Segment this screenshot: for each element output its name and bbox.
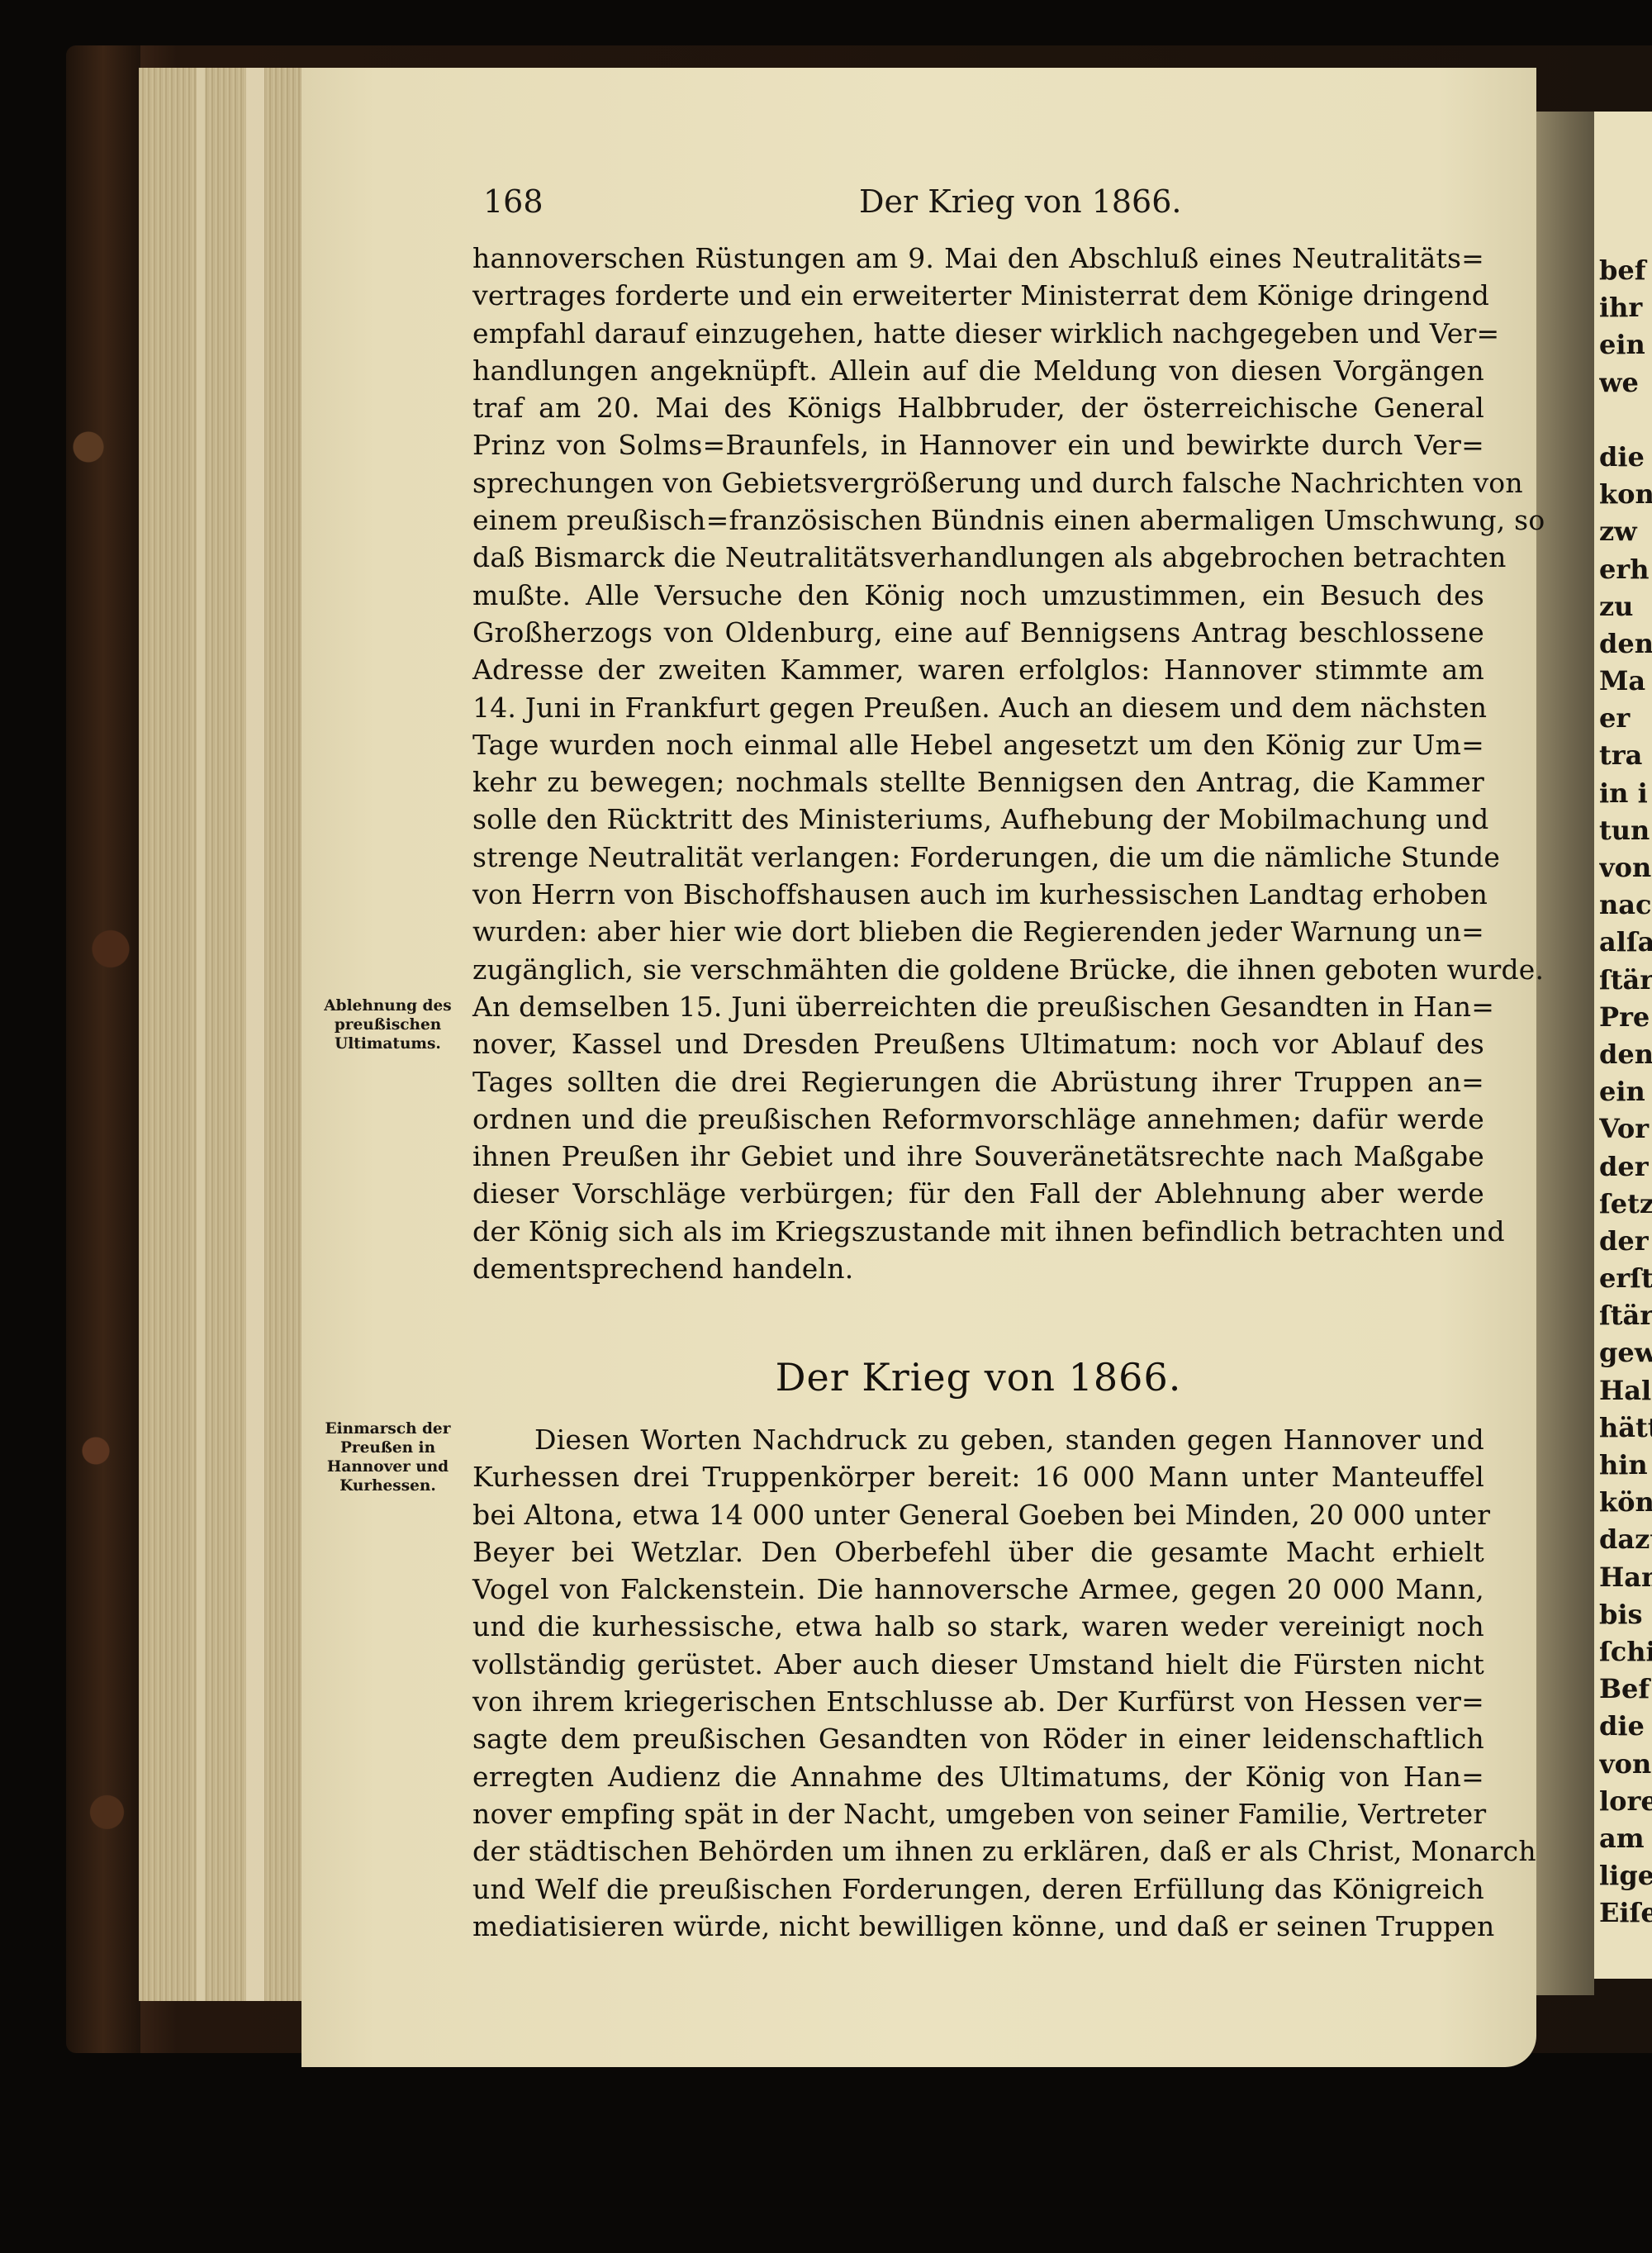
- facing-page-line: von: [1599, 849, 1652, 886]
- facing-page-line: die: [1599, 1708, 1652, 1745]
- marginal-line: Hannover und: [316, 1457, 460, 1476]
- facing-page-line: Ma: [1599, 663, 1652, 700]
- text-line: dementsprechend handeln.: [472, 1250, 1484, 1287]
- facing-page-line: die: [1599, 439, 1652, 476]
- text-line: dieser Vorschläge verbürgen; für den Fal…: [472, 1175, 1484, 1212]
- facing-page-line: Eiſe: [1599, 1894, 1652, 1932]
- facing-page-line: bef: [1599, 252, 1652, 289]
- facing-page-line: den: [1599, 1036, 1652, 1073]
- facing-page-line: ein: [1599, 326, 1652, 364]
- gutter-shadow: [1536, 112, 1594, 1995]
- facing-page-line: gew: [1599, 1334, 1652, 1371]
- facing-page-line: ſtär: [1599, 962, 1652, 999]
- facing-page-line: ihr: [1599, 289, 1652, 326]
- text-line: empfahl darauf einzugehen, hatte dieser …: [472, 315, 1484, 352]
- running-head: 168 Der Krieg von 1866.: [483, 183, 1483, 225]
- facing-page-line: lige: [1599, 1857, 1652, 1894]
- text-line: Kurhessen drei Truppenkörper bereit: 16 …: [472, 1458, 1484, 1495]
- facing-page-line: erſt: [1599, 1260, 1652, 1297]
- text-line: ihnen Preußen ihr Gebiet und ihre Souver…: [472, 1138, 1484, 1175]
- facing-page-line: kon: [1599, 476, 1652, 513]
- text-line: kehr zu bewegen; nochmals stellte Bennig…: [472, 763, 1484, 801]
- text-line: zugänglich, sie verschmähten die goldene…: [472, 951, 1484, 988]
- marginal-line: Ultimatums.: [316, 1034, 460, 1053]
- text-line: und Welf die preußischen Forderungen, de…: [472, 1870, 1484, 1908]
- running-title: Der Krieg von 1866.: [859, 183, 1181, 220]
- facing-page-line: we: [1599, 364, 1652, 402]
- facing-page-line: dazu: [1599, 1521, 1652, 1558]
- text-line: Großherzogs von Oldenburg, eine auf Benn…: [472, 614, 1484, 651]
- section-heading: Der Krieg von 1866.: [472, 1355, 1484, 1400]
- text-line: sprechungen von Gebietsvergrößerung und …: [472, 464, 1484, 501]
- facing-page-line: ſchi: [1599, 1633, 1652, 1671]
- facing-page-line: ſetzt: [1599, 1186, 1652, 1223]
- text-line: 14. Juni in Frankfurt gegen Preußen. Auc…: [472, 689, 1484, 726]
- text-line: Tages sollten die drei Regierungen die A…: [472, 1063, 1484, 1100]
- text-line: Tage wurden noch einmal alle Hebel anges…: [472, 726, 1484, 763]
- text-line: erregten Audienz die Annahme des Ultimat…: [472, 1758, 1484, 1795]
- marginal-line: Preußen in: [316, 1438, 460, 1457]
- marginal-line: Ablehnung des: [316, 996, 460, 1015]
- facing-page-line: bis: [1599, 1596, 1652, 1633]
- marginal-line: Kurhessen.: [316, 1476, 460, 1495]
- text-line: Vogel von Falckenstein. Die hannoversche…: [472, 1571, 1484, 1608]
- facing-page-line: alſa: [1599, 924, 1652, 961]
- text-line: Prinz von Solms=Braunfels, in Hannover e…: [472, 426, 1484, 463]
- facing-page-text: befihreinwediekonzwerhzudenMaertrain itu…: [1599, 252, 1652, 1932]
- facing-page-line: am: [1599, 1820, 1652, 1857]
- text-line: nover empfing spät in der Nacht, umgeben…: [472, 1795, 1484, 1832]
- marginal-line: Einmarsch der: [316, 1419, 460, 1438]
- facing-page-line: tra: [1599, 737, 1652, 774]
- facing-page-line: Han: [1599, 1559, 1652, 1596]
- facing-page-line: zw: [1599, 513, 1652, 550]
- text-line: An demselben 15. Juni überreichten die p…: [472, 988, 1484, 1025]
- paragraph-2: Diesen Worten Nachdruck zu geben, stande…: [472, 1421, 1484, 1945]
- text-line: hannoverschen Rüstungen am 9. Mai den Ab…: [472, 240, 1484, 277]
- page-number: 168: [483, 183, 544, 220]
- facing-page-line: von: [1599, 1746, 1652, 1783]
- text-line: mußte. Alle Versuche den König noch umzu…: [472, 577, 1484, 614]
- marginal-line: preußischen: [316, 1015, 460, 1034]
- text-line: vertrages forderte und ein erweiterter M…: [472, 277, 1484, 314]
- facing-page-line: könn: [1599, 1484, 1652, 1521]
- marginal-note-ultimatum: Ablehnung des preußischen Ultimatums.: [316, 996, 460, 1053]
- text-line: Adresse der zweiten Kammer, waren erfolg…: [472, 651, 1484, 688]
- facing-page-line: er: [1599, 700, 1652, 737]
- text-line: ordnen und die preußischen Reformvorschl…: [472, 1100, 1484, 1138]
- facing-page-line: Bef: [1599, 1671, 1652, 1708]
- page-edges: [139, 68, 304, 2001]
- facing-page-line: Hal: [1599, 1372, 1652, 1409]
- text-line: vollständig gerüstet. Aber auch dieser U…: [472, 1646, 1484, 1683]
- text-line: mediatisieren würde, nicht bewilligen kö…: [472, 1908, 1484, 1945]
- text-line: von Herrn von Bischoffshausen auch im ku…: [472, 876, 1484, 913]
- facing-page-line: hin: [1599, 1447, 1652, 1484]
- facing-page-line: erh: [1599, 551, 1652, 588]
- text-line: sagte dem preußischen Gesandten von Röde…: [472, 1720, 1484, 1757]
- paragraph-1: hannoverschen Rüstungen am 9. Mai den Ab…: [472, 240, 1484, 1287]
- marginal-note-invasion: Einmarsch der Preußen in Hannover und Ku…: [316, 1419, 460, 1495]
- facing-page-line: der: [1599, 1148, 1652, 1186]
- facing-page-line: zu: [1599, 588, 1652, 625]
- facing-page-line: hätt: [1599, 1409, 1652, 1447]
- facing-page-line: in i: [1599, 775, 1652, 812]
- text-line: traf am 20. Mai des Königs Halbbruder, d…: [472, 389, 1484, 426]
- text-line: wurden: aber hier wie dort blieben die R…: [472, 913, 1484, 950]
- text-line: nover, Kassel und Dresden Preußens Ultim…: [472, 1025, 1484, 1062]
- text-line: daß Bismarck die Neutralitätsverhandlung…: [472, 539, 1484, 576]
- text-line: und die kurhessische, etwa halb so stark…: [472, 1608, 1484, 1645]
- facing-page-line: Vor: [1599, 1110, 1652, 1148]
- facing-page-line: nac: [1599, 886, 1652, 924]
- text-line: einem preußisch=französischen Bündnis ei…: [472, 501, 1484, 539]
- book-cover-edge: [66, 45, 140, 2053]
- text-line: handlungen angeknüpft. Allein auf die Me…: [472, 352, 1484, 389]
- facing-page-line: Pre: [1599, 999, 1652, 1036]
- text-line: strenge Neutralität verlangen: Forderung…: [472, 839, 1484, 876]
- text-line: bei Altona, etwa 14 000 unter General Go…: [472, 1496, 1484, 1533]
- text-line: der städtischen Behörden um ihnen zu erk…: [472, 1832, 1484, 1870]
- page-edge-gap: [246, 68, 264, 2001]
- facing-page-line: [1599, 402, 1652, 439]
- facing-page-line: lore: [1599, 1783, 1652, 1820]
- text-line: Diesen Worten Nachdruck zu geben, stande…: [472, 1421, 1484, 1458]
- text-line: von ihrem kriegerischen Entschlusse ab. …: [472, 1683, 1484, 1720]
- text-line: der König sich als im Kriegszustande mit…: [472, 1213, 1484, 1250]
- facing-page-line: der: [1599, 1223, 1652, 1260]
- facing-page-line: ein: [1599, 1073, 1652, 1110]
- text-line: solle den Rücktritt des Ministeriums, Au…: [472, 801, 1484, 838]
- facing-page-line: den: [1599, 625, 1652, 663]
- text-line: Beyer bei Wetzlar. Den Oberbefehl über d…: [472, 1533, 1484, 1571]
- facing-page-line: ſtär: [1599, 1297, 1652, 1334]
- page-edge-gap: [197, 68, 205, 2001]
- facing-page-line: tun: [1599, 812, 1652, 849]
